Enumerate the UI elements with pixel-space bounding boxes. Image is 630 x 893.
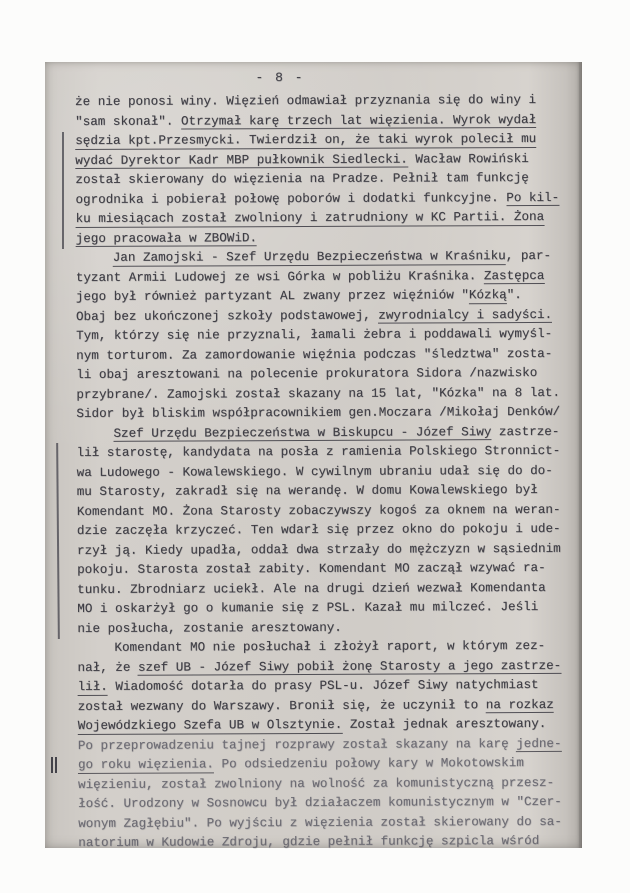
text-segment: Wiadomość dotarła do prasy PSL-u. Józef … <box>108 678 539 694</box>
text-segment: Po przeprowadzeniu tajnej rozprawy zosta… <box>78 737 516 753</box>
text-segment: li obaj aresztowani na polecenie prokura… <box>76 366 537 382</box>
text-segment: nie posłucha, zostanie aresztowany. <box>77 620 342 635</box>
text-line: dzie zaczęła krzyczeć. Ten wdarł się prz… <box>77 520 573 542</box>
text-segment: mu Starosty, zakradł się na werandę. W d… <box>77 483 538 499</box>
text-segment: tyzant Armii Ludowej ze wsi Górka w pobl… <box>76 269 484 285</box>
underlined-text: lił. <box>78 680 108 696</box>
text-line: Sidor był bliskim współpracownikiem gen.… <box>76 403 572 425</box>
text-segment: lił starostę, kandydata na posła z ramie… <box>77 444 561 460</box>
text-line: "sam skonał". Otrzymał karę trzech lat w… <box>75 110 571 132</box>
underlined-text: go roku więzienia. <box>78 757 214 773</box>
underlined-text: szef UB - Józef Siwy pobił żonę Starosty… <box>138 658 561 675</box>
document-page: - 8 - że nie ponosi winy. Więzień odmawi… <box>45 62 582 848</box>
text-segment: rzył ją. Kiedy upadła, oddał dwa strzały… <box>77 541 561 557</box>
underlined-text: jego pracowała w ZBOWiD. <box>76 231 257 247</box>
underlined-text: na rozkaz <box>486 697 554 713</box>
text-segment: Po odsiedzeniu połowy kary w Mokotowskim <box>214 756 524 771</box>
text-segment: został wezwany do Warszawy. Bronił się, … <box>78 698 486 714</box>
text-line: tyzant Armii Ludowej ze wsi Górka w pobl… <box>76 266 572 288</box>
text-line: jego był również partyzant AL zwany prze… <box>76 286 572 308</box>
text-line: Jan Zamojski - Szef Urzędu Bezpieczeństw… <box>76 247 572 269</box>
text-line: Komendant MO. Żona Starosty zobaczywszy … <box>77 500 573 522</box>
text-line: ogrodnika i pobierał połowę poborów i do… <box>75 188 571 210</box>
text-line: Tym, którzy się nie przyznali, łamali że… <box>76 325 572 347</box>
margin-mark-vertical-2 <box>56 443 60 639</box>
page-number: - 8 - <box>230 70 330 85</box>
text-line: Po przeprowadzeniu tajnej rozprawy zosta… <box>78 734 574 756</box>
text-segment: tunku. Zbrodniarz uciekł. Ale na drugi d… <box>77 580 546 596</box>
underlined-text: Wojewódzkiego Szefa UB w Olsztynie. <box>78 718 343 735</box>
underlined-text: wydać Dyrektor Kadr MBP pułkownik Siedle… <box>75 152 408 169</box>
text-segment: Sidor był bliskim współpracownikiem gen.… <box>76 405 560 421</box>
text-line: nie posłucha, zostanie aresztowany. <box>77 617 573 639</box>
text-line: natorium w Kudowie Zdroju, gdzie pełnił … <box>78 832 574 854</box>
margin-mark-double-bar <box>51 757 59 773</box>
text-line: wa Ludowego - Kowalewskiego. W cywilnym … <box>77 461 573 483</box>
text-line: przybrane/. Zamojski został skazany na 1… <box>76 383 572 405</box>
text-line: MO i oskarżył go o kumanie się z PSL. Ka… <box>77 598 573 620</box>
underlined-text: jedne- <box>516 736 561 752</box>
text-line: Wojewódzkiego Szefa UB w Olsztynie. Zost… <box>78 715 574 737</box>
text-segment: MO i oskarżył go o kumanie się z PSL. Ka… <box>77 600 538 616</box>
text-line: został skierowany do więzienia na Pradze… <box>75 169 571 191</box>
text-segment: Został jednak aresztowany. <box>342 717 546 732</box>
text-line: sędzia kpt.Przesmycki. Twierdził on, że … <box>75 130 571 152</box>
text-line: go roku więzienia. Po odsiedzeniu połowy… <box>78 754 574 776</box>
text-segment: więzieniu, został zwolniony na wolność z… <box>78 775 554 791</box>
text-segment: jego był również partyzant AL zwany prze… <box>76 288 469 304</box>
underlined-text: Jan Zamojski - Szef Urzędu Bezpieczeństw… <box>113 249 506 266</box>
underlined-text: Po kil- <box>506 190 559 206</box>
text-segment: pokoju. Starosta został zabity. Komendan… <box>77 561 546 577</box>
text-segment: wonym Zagłębiu". Po wyjściu z więzienia … <box>78 814 562 830</box>
underlined-text: zwyrodnialcy i sadyści. <box>378 307 552 323</box>
text-line: lił starostę, kandydata na posła z ramie… <box>77 442 573 464</box>
text-segment: nym torturom. Za zamordowanie więźnia po… <box>76 346 552 362</box>
text-segment: wa Ludowego - Kowalewskiego. W cywilnym … <box>77 463 553 479</box>
text-line: łość. Urodzony w Sosnowcu był działaczem… <box>78 793 574 815</box>
text-line: tunku. Zbrodniarz uciekł. Ale na drugi d… <box>77 578 573 600</box>
underlined-text: sędzia kpt.Przesmycki. Twierdził on, że … <box>75 132 536 150</box>
text-line: że nie ponosi winy. Więzień odmawiał prz… <box>75 91 571 113</box>
text-line: ku miesiącach został zwolniony i zatrudn… <box>76 208 572 230</box>
text-block: że nie ponosi winy. Więzień odmawiał prz… <box>75 91 574 854</box>
underlined-text: Zastępca <box>484 268 545 284</box>
margin-mark-vertical-1 <box>62 132 64 249</box>
text-segment: został skierowany do więzienia na Pradze… <box>75 171 529 187</box>
text-segment: przybrane/. Zamojski został skazany na 1… <box>76 385 560 401</box>
text-line: wonym Zagłębiu". Po wyjściu z więzienia … <box>78 812 574 834</box>
text-line: wydać Dyrektor Kadr MBP pułkownik Siedle… <box>75 149 571 171</box>
text-line: więzieniu, został zwolniony na wolność z… <box>78 773 574 795</box>
underlined-text: ku miesiącach został zwolniony i zatrudn… <box>76 210 545 228</box>
scan-canvas: - 8 - że nie ponosi winy. Więzień odmawi… <box>0 0 630 893</box>
text-line: li obaj aresztowani na polecenie prokura… <box>76 364 572 386</box>
text-segment: "sam skonał". <box>75 114 181 128</box>
text-line: pokoju. Starosta został zabity. Komendan… <box>77 559 573 581</box>
text-line: Szef Urzędu Bezpieczeństwa w Biskupcu - … <box>76 422 572 444</box>
text-segment: Wacław Rowiński <box>408 152 529 167</box>
text-segment: Tym, którzy się nie przyznali, łamali że… <box>76 327 552 343</box>
text-line: Komendant MO nie posłuchał i złożył rapo… <box>77 637 573 659</box>
text-line: Obaj bez ukończonej szkoły podstawowej, … <box>76 305 572 327</box>
text-segment: że nie ponosi winy. Więzień odmawiał prz… <box>75 93 536 109</box>
text-line: jego pracowała w ZBOWiD. <box>76 227 572 249</box>
text-line: rzył ją. Kiedy upadła, oddał dwa strzały… <box>77 539 573 561</box>
text-segment: ". <box>507 288 522 302</box>
text-segment: natorium w Kudowie Zdroju, gdzie pełnił … <box>78 834 539 850</box>
text-segment: Komendant MO nie posłuchał i złożył rapo… <box>114 639 545 655</box>
underlined-text: Szef Urzędu Bezpieczeństwa w Biskupcu - … <box>113 425 491 442</box>
text-segment: nał, że <box>77 660 138 674</box>
underlined-text: Kózką <box>469 288 507 304</box>
text-line: nym torturom. Za zamordowanie więźnia po… <box>76 344 572 366</box>
text-line: mu Starosty, zakradł się na werandę. W d… <box>77 481 573 503</box>
text-line: lił. Wiadomość dotarła do prasy PSL-u. J… <box>78 676 574 698</box>
text-segment: dzie zaczęła krzyczeć. Ten wdarł się prz… <box>77 522 561 538</box>
text-segment: , par- <box>506 249 551 263</box>
text-segment: ogrodnika i pobierał połowę poborów i do… <box>75 191 506 207</box>
text-line: został wezwany do Warszawy. Bronił się, … <box>78 695 574 717</box>
text-segment: Komendant MO. Żona Starosty zobaczywszy … <box>77 502 561 518</box>
text-segment: Obaj bez ukończonej szkoły podstawowej, <box>76 308 378 323</box>
text-segment: zastrze- <box>491 424 559 438</box>
underlined-text: Otrzymał karę trzech lat więzienia. Wyro… <box>181 112 536 129</box>
text-line: nał, że szef UB - Józef Siwy pobił żonę … <box>77 656 573 678</box>
text-segment: łość. Urodzony w Sosnowcu był działaczem… <box>78 795 562 811</box>
